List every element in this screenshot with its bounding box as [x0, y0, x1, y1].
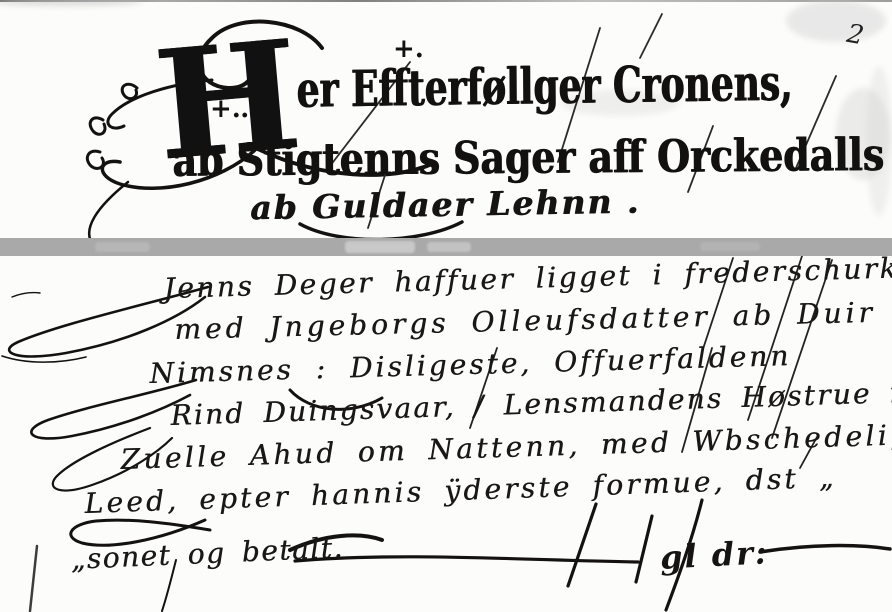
scan-smudge — [0, 0, 142, 6]
body-line-7: „sonet og betalt. — [70, 531, 344, 576]
amount-note: gl dr: — [659, 533, 770, 577]
manuscript-page: 2 — [0, 0, 892, 612]
heading-line-3: ab Guldaer Lehnn . — [250, 184, 641, 227]
cross-mark-icon: +. — [393, 34, 424, 64]
ghost-mark — [700, 242, 760, 251]
ghost-mark — [345, 241, 415, 253]
scan-band — [0, 238, 892, 256]
page-number: 2 — [845, 19, 867, 51]
cross-mark-icon: +‥ — [210, 94, 249, 124]
ghost-mark — [427, 242, 471, 252]
heading-line-2: ab Stigtenns Sager aff Orckedalls — [172, 130, 884, 185]
body-line-1: Jenns Deger haffuer ligget i frederschur… — [163, 251, 892, 305]
tally-strokes — [290, 500, 890, 610]
body-line-2: med Jngeborgs Olleufsdatter ab Duir — [174, 296, 876, 346]
ghost-mark — [95, 242, 150, 252]
heading-line-1: er Effterføllger Cronens, — [296, 55, 792, 117]
scan-smudge — [786, 0, 886, 42]
